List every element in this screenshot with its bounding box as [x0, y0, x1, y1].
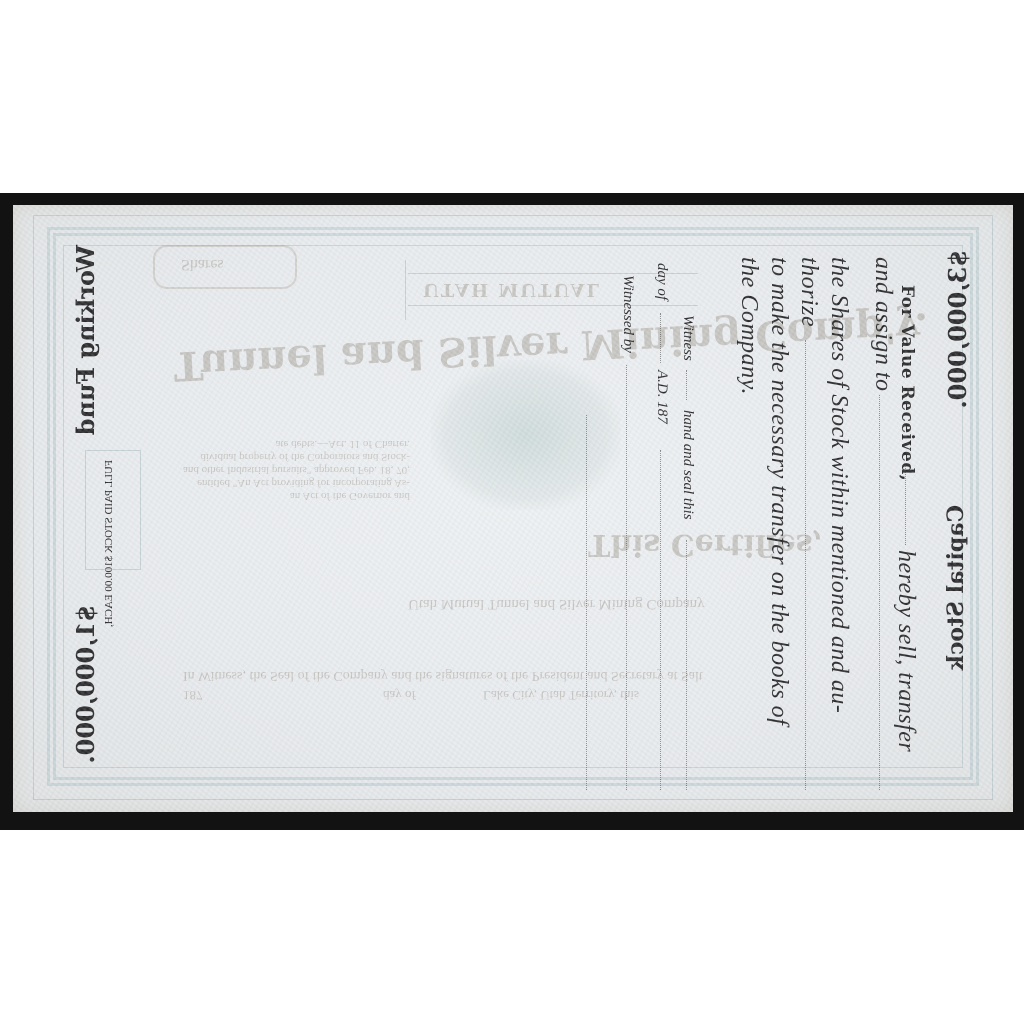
working-fund-value-bleed: $1,000,000. — [71, 605, 100, 764]
second-signature-line[interactable] — [660, 450, 661, 790]
shares-of-stock-text: the Shares of Stock within mentioned and… — [825, 257, 852, 713]
extra-witness-line[interactable] — [586, 415, 587, 790]
shares-label-bleed: Shares — [181, 255, 224, 273]
attorney-name-line[interactable] — [805, 340, 806, 790]
witnessed-by-text: Witnessed by — [619, 275, 636, 353]
witness-label: Witness — [679, 315, 696, 361]
seller-name-line[interactable] — [905, 465, 906, 545]
signature-line[interactable] — [686, 540, 687, 790]
shares-cartouche — [153, 245, 297, 289]
share-note-bleed: FULL PAID STOCK $100.00 EACH, — [103, 460, 115, 627]
the-company-text: the Company. — [735, 257, 762, 395]
vignette-bleed-through — [431, 360, 621, 510]
ad-year-text: A.D. 187 — [653, 370, 670, 424]
place-line-bleed: Lake City, Utah Territory, this — [483, 687, 639, 703]
witnessed-by-line[interactable] — [626, 365, 627, 790]
witness-clause-bleed: In Witness, the Seal of the Company and … — [183, 667, 703, 683]
make-transfer-text: to make the necessary transfer on the bo… — [765, 257, 792, 725]
sell-transfer-text: hereby sell, transfer — [892, 550, 919, 752]
capital-stock-label-bleed: Capital Stock — [943, 505, 969, 670]
witness-name-line[interactable] — [686, 370, 687, 400]
capital-stock-value-bleed: $3,000,000. — [943, 250, 972, 409]
day-of-text: day of — [653, 263, 670, 300]
certificate-paper: Shares UTAH MUTUAL Tunnel and Silver Min… — [13, 205, 1013, 812]
year-bleed: 187 — [183, 687, 203, 703]
incorporation-text-bleed: an Act of the Governor and entitled "An … — [183, 437, 410, 515]
authorize-text: thorize — [795, 257, 822, 327]
month-line[interactable] — [660, 313, 661, 363]
hand-and-seal-text: hand and seal this — [679, 410, 696, 520]
territory-label-bleed: UTAH MUTUAL — [423, 279, 601, 300]
for-value-received-heading: For Value Received, — [897, 285, 917, 481]
working-fund-label-bleed: Working Fund — [71, 245, 100, 435]
assign-to-text: and assign to — [869, 257, 896, 392]
assignee-name-line[interactable] — [879, 395, 880, 790]
day-of-bleed: day of — [383, 687, 416, 703]
territory-rule-left — [405, 260, 406, 320]
territory-rule-bottom — [408, 305, 698, 306]
